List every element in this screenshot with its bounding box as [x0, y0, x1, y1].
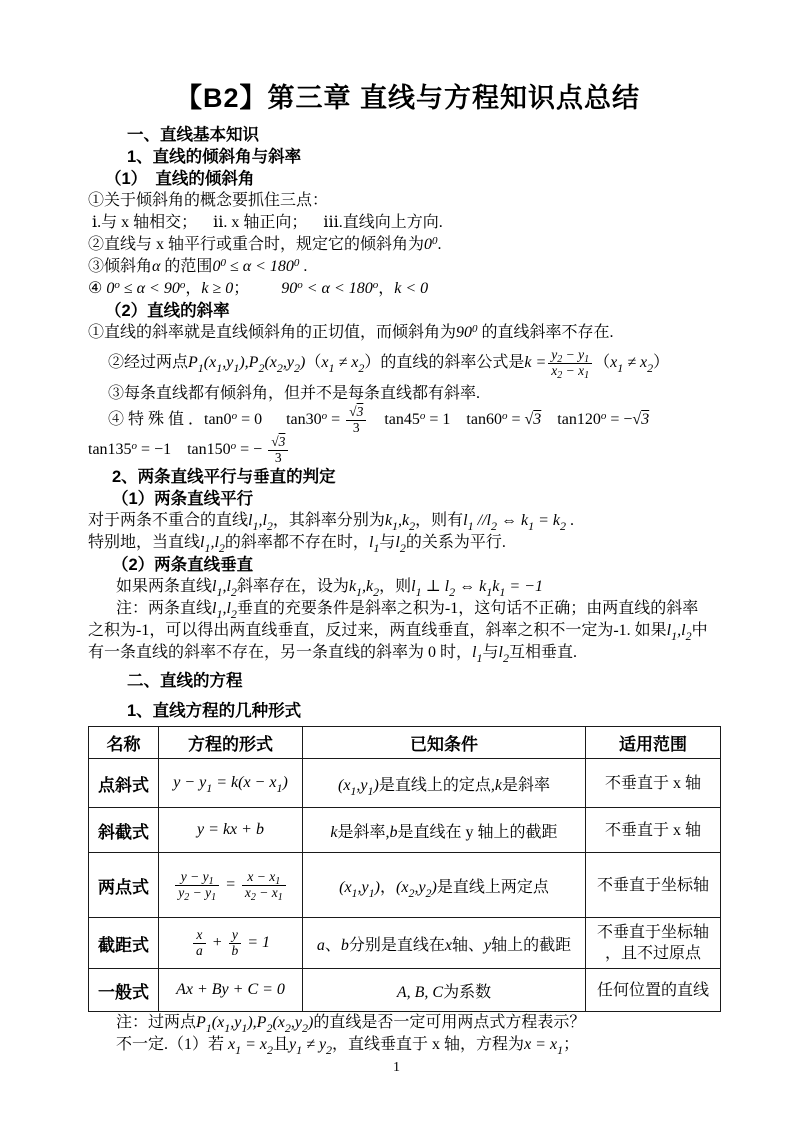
equation-cell: y − y1y2 − y1 = x − x1x2 − x1: [159, 853, 303, 918]
table-header-row: 名称方程的形式已知条件适用范围: [89, 727, 721, 759]
equation-cell: Ax + By + C = 0: [159, 969, 303, 1012]
condition-cell: (x1,y1)是直线上的定点,k是斜率: [303, 759, 586, 808]
knowledge-table: 名称方程的形式已知条件适用范围 点斜式y − y1 = k(x − x1)(x1…: [88, 726, 721, 1012]
paragraph: ①关于倾斜角的概念要抓住三点：: [88, 190, 727, 212]
document-title: 【B2】第三章 直线与方程知识点总结: [88, 76, 727, 115]
condition-cell: A, B, C为系数: [303, 969, 586, 1012]
paragraph: ①直线的斜率就是直线倾斜角的正切值，而倾斜角为900 的直线斜率不存在.: [88, 322, 727, 344]
table-row: 斜截式y = kx + bk是斜率,b是直线在 y 轴上的截距不垂直于 x 轴: [89, 808, 721, 853]
table-row: 两点式y − y1y2 − y1 = x − x1x2 − x1(x1,y1)，…: [89, 853, 721, 918]
heading: 二、直线的方程: [88, 670, 727, 692]
condition-cell: k是斜率,b是直线在 y 轴上的截距: [303, 808, 586, 853]
paragraph: tan135o = −1 tan150o = − √33: [88, 435, 727, 466]
scope-cell: 不垂直于坐标轴: [586, 853, 721, 918]
heading: 1、直线方程的几种形式: [88, 700, 727, 722]
scope-cell: 不垂直于 x 轴: [586, 759, 721, 808]
document-page: 【B2】第三章 直线与方程知识点总结 一、直线基本知识1、直线的倾斜角与斜率（1…: [0, 0, 793, 1122]
paragraph: ③每条直线都有倾斜角，但并不是每条直线都有斜率.: [88, 383, 727, 405]
column-header: 名称: [89, 727, 159, 759]
scope-cell: 任何位置的直线: [586, 969, 721, 1012]
paragraph: 有一条直线的斜率不存在，另一条直线的斜率为 0 时，l1与l2互相垂直.: [88, 642, 727, 664]
heading: （1） 直线的倾斜角: [88, 168, 727, 190]
heading: 2、两条直线平行与垂直的判定: [88, 466, 727, 488]
paragraph: ⅰ.与 x 轴相交； ⅱ. x 轴正向； ⅲ.直线向上方向.: [88, 212, 727, 234]
form-name-cell: 两点式: [89, 853, 159, 918]
section-line-basics: 一、直线基本知识1、直线的倾斜角与斜率（1） 直线的倾斜角①关于倾斜角的概念要抓…: [88, 124, 727, 722]
table-row: 截距式xa + yb = 1a、b分别是直线在x轴、y轴上的截距不垂直于坐标轴，…: [89, 918, 721, 969]
paragraph: 如果两条直线l1,l2斜率存在，设为k1,k2，则l1 ⊥ l2 ⇔ k1k1 …: [88, 576, 727, 598]
paragraph: ④ 0o ≤ α < 90o，k ≥ 0； 90o < α < 180o，k <…: [88, 278, 727, 300]
form-name-cell: 斜截式: [89, 808, 159, 853]
heading: 一、直线基本知识: [88, 124, 727, 146]
paragraph: 注：两条直线l1,l2垂直的充要条件是斜率之积为-1，这句话不正确；由两直线的斜…: [88, 598, 727, 620]
scope-cell: 不垂直于坐标轴，且不过原点: [586, 918, 721, 969]
equation-cell: xa + yb = 1: [159, 918, 303, 969]
section-table-notes: 注：过两点P1(x1,y1),P2(x2,y2)的直线是否一定可用两点式方程表示…: [88, 1012, 727, 1056]
column-header: 适用范围: [586, 727, 721, 759]
paragraph: ②直线与 x 轴平行或重合时，规定它的倾斜角为00.: [88, 234, 727, 256]
form-name-cell: 点斜式: [89, 759, 159, 808]
paragraph: 注：过两点P1(x1,y1),P2(x2,y2)的直线是否一定可用两点式方程表示…: [88, 1012, 727, 1034]
paragraph: ④ 特 殊 值 ．tan0o = 0 tan30o = √33 tan45o =…: [88, 405, 727, 436]
condition-cell: (x1,y1)，(x2,y2)是直线上两定点: [303, 853, 586, 918]
equation-cell: y = kx + b: [159, 808, 303, 853]
paragraph: ②经过两点P1(x1,y1),P2(x2,y2)（x1 ≠ x2）的直线的斜率公…: [88, 344, 727, 383]
heading: 1、直线的倾斜角与斜率: [88, 146, 727, 168]
table-row: 点斜式y − y1 = k(x − x1)(x1,y1)是直线上的定点,k是斜率…: [89, 759, 721, 808]
equation-cell: y − y1 = k(x − x1): [159, 759, 303, 808]
page-number: 1: [0, 1060, 793, 1076]
paragraph: 不一定.（1）若 x1 = x2且y1 ≠ y2，直线垂直于 x 轴，方程为x …: [88, 1034, 727, 1056]
document-content: 【B2】第三章 直线与方程知识点总结 一、直线基本知识1、直线的倾斜角与斜率（1…: [0, 0, 793, 1056]
form-name-cell: 截距式: [89, 918, 159, 969]
paragraph: 对于两条不重合的直线l1,l2，其斜率分别为k1,k2，则有l1 //l2 ⇔ …: [88, 510, 727, 532]
column-header: 方程的形式: [159, 727, 303, 759]
heading: （1）两条直线平行: [88, 488, 727, 510]
condition-cell: a、b分别是直线在x轴、y轴上的截距: [303, 918, 586, 969]
table-row: 一般式Ax + By + C = 0A, B, C为系数任何位置的直线: [89, 969, 721, 1012]
paragraph: ③倾斜角α 的范围00 ≤ α < 1800 .: [88, 256, 727, 278]
column-header: 已知条件: [303, 727, 586, 759]
form-name-cell: 一般式: [89, 969, 159, 1012]
paragraph: 之积为-1，可以得出两直线垂直，反过来，两直线垂直，斜率之积不一定为-1. 如果…: [88, 620, 727, 642]
heading: （2）两条直线垂直: [88, 554, 727, 576]
scope-cell: 不垂直于 x 轴: [586, 808, 721, 853]
heading: （2）直线的斜率: [88, 300, 727, 322]
paragraph: 特别地，当直线l1,l2的斜率都不存在时，l1与l2的关系为平行.: [88, 532, 727, 554]
